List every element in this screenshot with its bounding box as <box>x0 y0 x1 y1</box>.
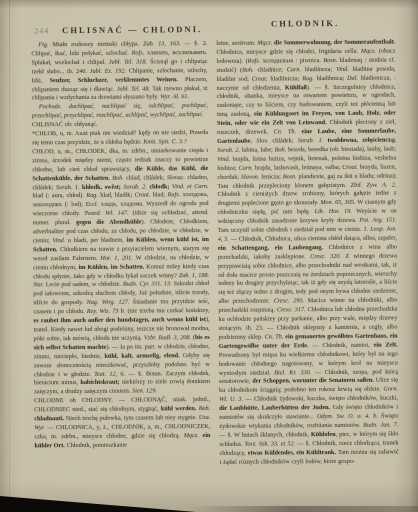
citation-text: Boh. <box>242 66 257 73</box>
fraktur-text: es raubet ihm auch außer den hundstagen,… <box>33 316 205 324</box>
citation-text: Tward. Wł. 147. <box>84 210 132 217</box>
fraktur-text: kühl, kalt, armselig, elend. <box>104 352 182 360</box>
citation-text: Jabł. Tel. 318. <box>109 58 150 65</box>
citation-text: Carn. <box>239 164 255 171</box>
body-text: hladilneza; <box>305 66 336 73</box>
fraktur-text: Kühlfaß <box>285 84 307 91</box>
text-paragraph: *CHŁOB, u, m. Azaż ptak nie wiedział? kę… <box>32 129 208 148</box>
body-text: (nie trzeba mu czekać końskiey, <box>128 307 210 315</box>
fraktur-text: im Kühlen, im Schatten. <box>79 263 147 271</box>
body-text: beseda, besedka (ob. biesiada), lauby, l… <box>288 145 396 153</box>
citation-text: Vind. <box>217 156 233 163</box>
text-paragraph: CHŁOD, u, m., CHŁODEK, dka, m. zdrbn., u… <box>32 147 210 398</box>
citation-text: Lib. Hor. 19. <box>315 208 357 215</box>
citation-text: Hor. 1, 201. <box>100 254 135 261</box>
citation-text: Vind. <box>336 66 353 73</box>
body-text: fenicza; <box>261 173 283 180</box>
body-text: hlad; <box>153 192 168 199</box>
citation-text: Sorab. 1. <box>298 137 328 144</box>
body-text: — Chłodnik, namiot, <box>312 342 373 349</box>
citation-text: Rofs. <box>132 49 147 56</box>
body-text: hlad, hladik; <box>100 192 134 199</box>
fraktur-text: die Sommerwohnung, der Sommeraufenthalt. <box>274 39 395 47</box>
scanned-page-paper: 244 CHLISNAĆ — CHLODNI. CHLODNIK. Fig. M… <box>0 0 418 512</box>
page-number: 244 <box>34 26 49 35</box>
citation-text: Slovac. <box>167 174 187 181</box>
citation-text: Croat. <box>252 75 271 82</box>
running-header-right: CHLODNIK. <box>222 18 388 29</box>
citation-text: Cresc. 317. <box>277 306 308 313</box>
fraktur-text: chladnauti. <box>34 415 66 422</box>
citation-text: Mącz. <box>184 432 203 439</box>
citation-text: Rofs. <box>248 57 263 64</box>
citation-text: Cn. Th. <box>265 333 286 340</box>
body-text: hladilnicza; <box>270 75 302 82</box>
citation-text: Mon. 65, 305. <box>320 199 357 206</box>
citation-text: Rufs. <box>168 192 183 199</box>
citation-text: Croat. <box>135 192 153 199</box>
fraktur-text: ein Schattengang, ein Laubengang. <box>218 244 329 252</box>
body-text: Tam uczynił sobie chłodnik i siedział po… <box>218 226 364 234</box>
fraktur-text: chłodk; <box>149 183 172 190</box>
fraktur-text: twobłowna, zełęścienczą; <box>328 136 397 144</box>
citation-text: Budn. Cyr. 311. 13. <box>123 281 174 288</box>
citation-text: Cresc. 293. <box>274 298 308 305</box>
text-column-left: Fig. Miałn rozkoszy niemski chłypa. Zab.… <box>31 40 210 477</box>
body-text: chládek; <box>272 137 297 144</box>
fraktur-text: Seufzer, Schluchzer, verklemmtes Weinen. <box>50 76 185 84</box>
citation-text: Rag. <box>302 75 317 82</box>
body-text: lubina, lube; <box>242 146 275 153</box>
citation-text: Vzbr. Radł. 3, 208. <box>144 334 193 341</box>
text-columns: Fig. Miałn rozkoszy niemski chłypa. Zab.… <box>31 39 398 478</box>
fraktur-text: der Schoppen, worunter die Senatoren saß… <box>252 377 376 385</box>
citation-text: Cresc. 320. <box>310 253 345 260</box>
citation-text: Boh. <box>112 174 126 181</box>
citation-text: Bosn. <box>283 173 299 180</box>
citation-text: Rag. <box>86 192 100 199</box>
citation-text: Cn. Th. <box>274 128 302 135</box>
body-text: hladibnica; <box>317 75 347 82</box>
citation-text: Dal. <box>347 74 361 81</box>
citation-text: Jabł. Ez. 192. <box>90 67 129 74</box>
page-content: 244 CHLISNAĆ — CHLODNI. CHLODNIK. Fig. M… <box>0 0 418 512</box>
citation-text: Torz. Szk. 33. et 52. <box>244 440 297 447</box>
body-text: u hladi, per hladnem, <box>68 237 127 244</box>
citation-text: Rey. Wiz. 73 b. <box>87 308 128 315</box>
body-text: Niech trochę pułewka, tym czasem lub nie… <box>66 414 199 422</box>
citation-text: Boh. <box>199 405 211 412</box>
text-column-right: letne, aestivum. Mącz. die Sommerwohnung… <box>216 39 398 476</box>
citation-text: Odym. Sw. O. o. 4. b. <box>317 413 381 421</box>
citation-text: Kmit. Spit. C. 3.? <box>143 138 186 145</box>
body-text: Miałn rozkoszy niemski chłypa. <box>52 41 143 49</box>
citation-text: Nag. Wirg. 127. <box>87 299 133 306</box>
citation-text: Sien. 129. <box>132 388 157 395</box>
fraktur-text: khłodk, swěst; <box>82 183 123 190</box>
citation-text: Zbił. Zyw. A. 2. <box>351 181 397 188</box>
fraktur-text: kühl werden. <box>161 405 199 412</box>
body-text: Chłodnica, mieysce gdzie się chłodzi, fr… <box>216 48 361 56</box>
citation-text: Sorab. 2. <box>123 183 149 190</box>
citation-text: Boh. <box>275 146 288 153</box>
running-header-left: CHLISNAĆ — CHLODNI. <box>56 24 208 35</box>
citation-text: Croat. <box>342 163 360 170</box>
citation-text: Zab. 13, 163. — <box>143 40 194 47</box>
citation-text: Bosn. <box>323 57 339 64</box>
citation-text: Vind. et Carn. <box>172 183 209 190</box>
fraktur-text: gegen die Abendkühle <box>76 219 141 227</box>
citation-text: Wyr. Ał. 61. <box>160 94 189 101</box>
citation-text: Pot. Arg. 151. <box>359 217 396 224</box>
body-text: chladnice; <box>257 66 286 73</box>
text-paragraph: Fig. Miałn rozkoszy niemski chłypa. Zab.… <box>31 40 207 104</box>
text-paragraph: CHLODNE ob CHLODNY. — CHŁODNĄĆ, niiak. j… <box>34 396 210 451</box>
body-text: chlad, chládek; <box>126 174 167 181</box>
citation-text: Carn. <box>287 66 305 73</box>
body-text: hlad (: aura, chłod). <box>32 192 86 199</box>
body-text: Chłodnik, pomieszkanie <box>67 441 127 448</box>
citation-text: Biel. Kr. 330. <box>274 369 315 376</box>
citation-text: Slavon. <box>241 173 261 180</box>
body-text: — §. W hutach śklanych, chłodnik, <box>219 431 311 439</box>
text-paragraph: Pochodz. dochlipać, nachlipać się, odchl… <box>32 102 208 121</box>
citation-text: Fig. <box>38 41 52 48</box>
fraktur-text: Kühlofen <box>311 431 336 438</box>
citation-text: Eccl. <box>86 201 101 208</box>
body-text: letne, aestivum. <box>216 40 257 47</box>
fraktur-text: die Laubhütte, Lauberhütten der Juden. <box>219 404 333 412</box>
body-text: — Chłodnik, Chłodnica, ulica cienista ch… <box>231 234 397 242</box>
citation-text: Pochodz. dochlipać, nachlipać się, odchl… <box>32 102 208 119</box>
citation-text: Slov. <box>256 137 272 144</box>
citation-text: Teat. 12, 6. <box>94 370 128 377</box>
body-text: холодильня : piwnica. <box>263 57 324 64</box>
citation-text: Budn. Jan. 7. <box>363 421 398 428</box>
citation-text: Sorab. 1. <box>56 183 82 190</box>
body-text: brajda, lashovash, leitnaya, valba; <box>255 164 342 172</box>
body-text: Lecie pod sadem, w chłodzie. <box>46 281 123 289</box>
body-text: — Chłodnik żydowski, kuczka, święto chło… <box>245 395 398 403</box>
fraktur-text: etwas Kühlendes, ein Kühltrank. <box>248 449 338 457</box>
fraktur-text: habichtskraut; <box>80 379 122 386</box>
citation-text: Jabł. Tel. 48. <box>117 85 153 92</box>
citation-text: Sorab. 2. <box>217 147 242 154</box>
citation-text: Mącz. <box>361 48 379 55</box>
text-paragraph: letne, aestivum. Mącz. die Sommerwohnung… <box>216 39 398 468</box>
body-text: CHLISNAĆ ob: chłysnąć. <box>32 121 98 129</box>
fraktur-text: ein Zelt. <box>374 341 398 348</box>
citation-text: Mącz. <box>257 39 274 46</box>
citation-text: Vind. <box>52 237 68 244</box>
